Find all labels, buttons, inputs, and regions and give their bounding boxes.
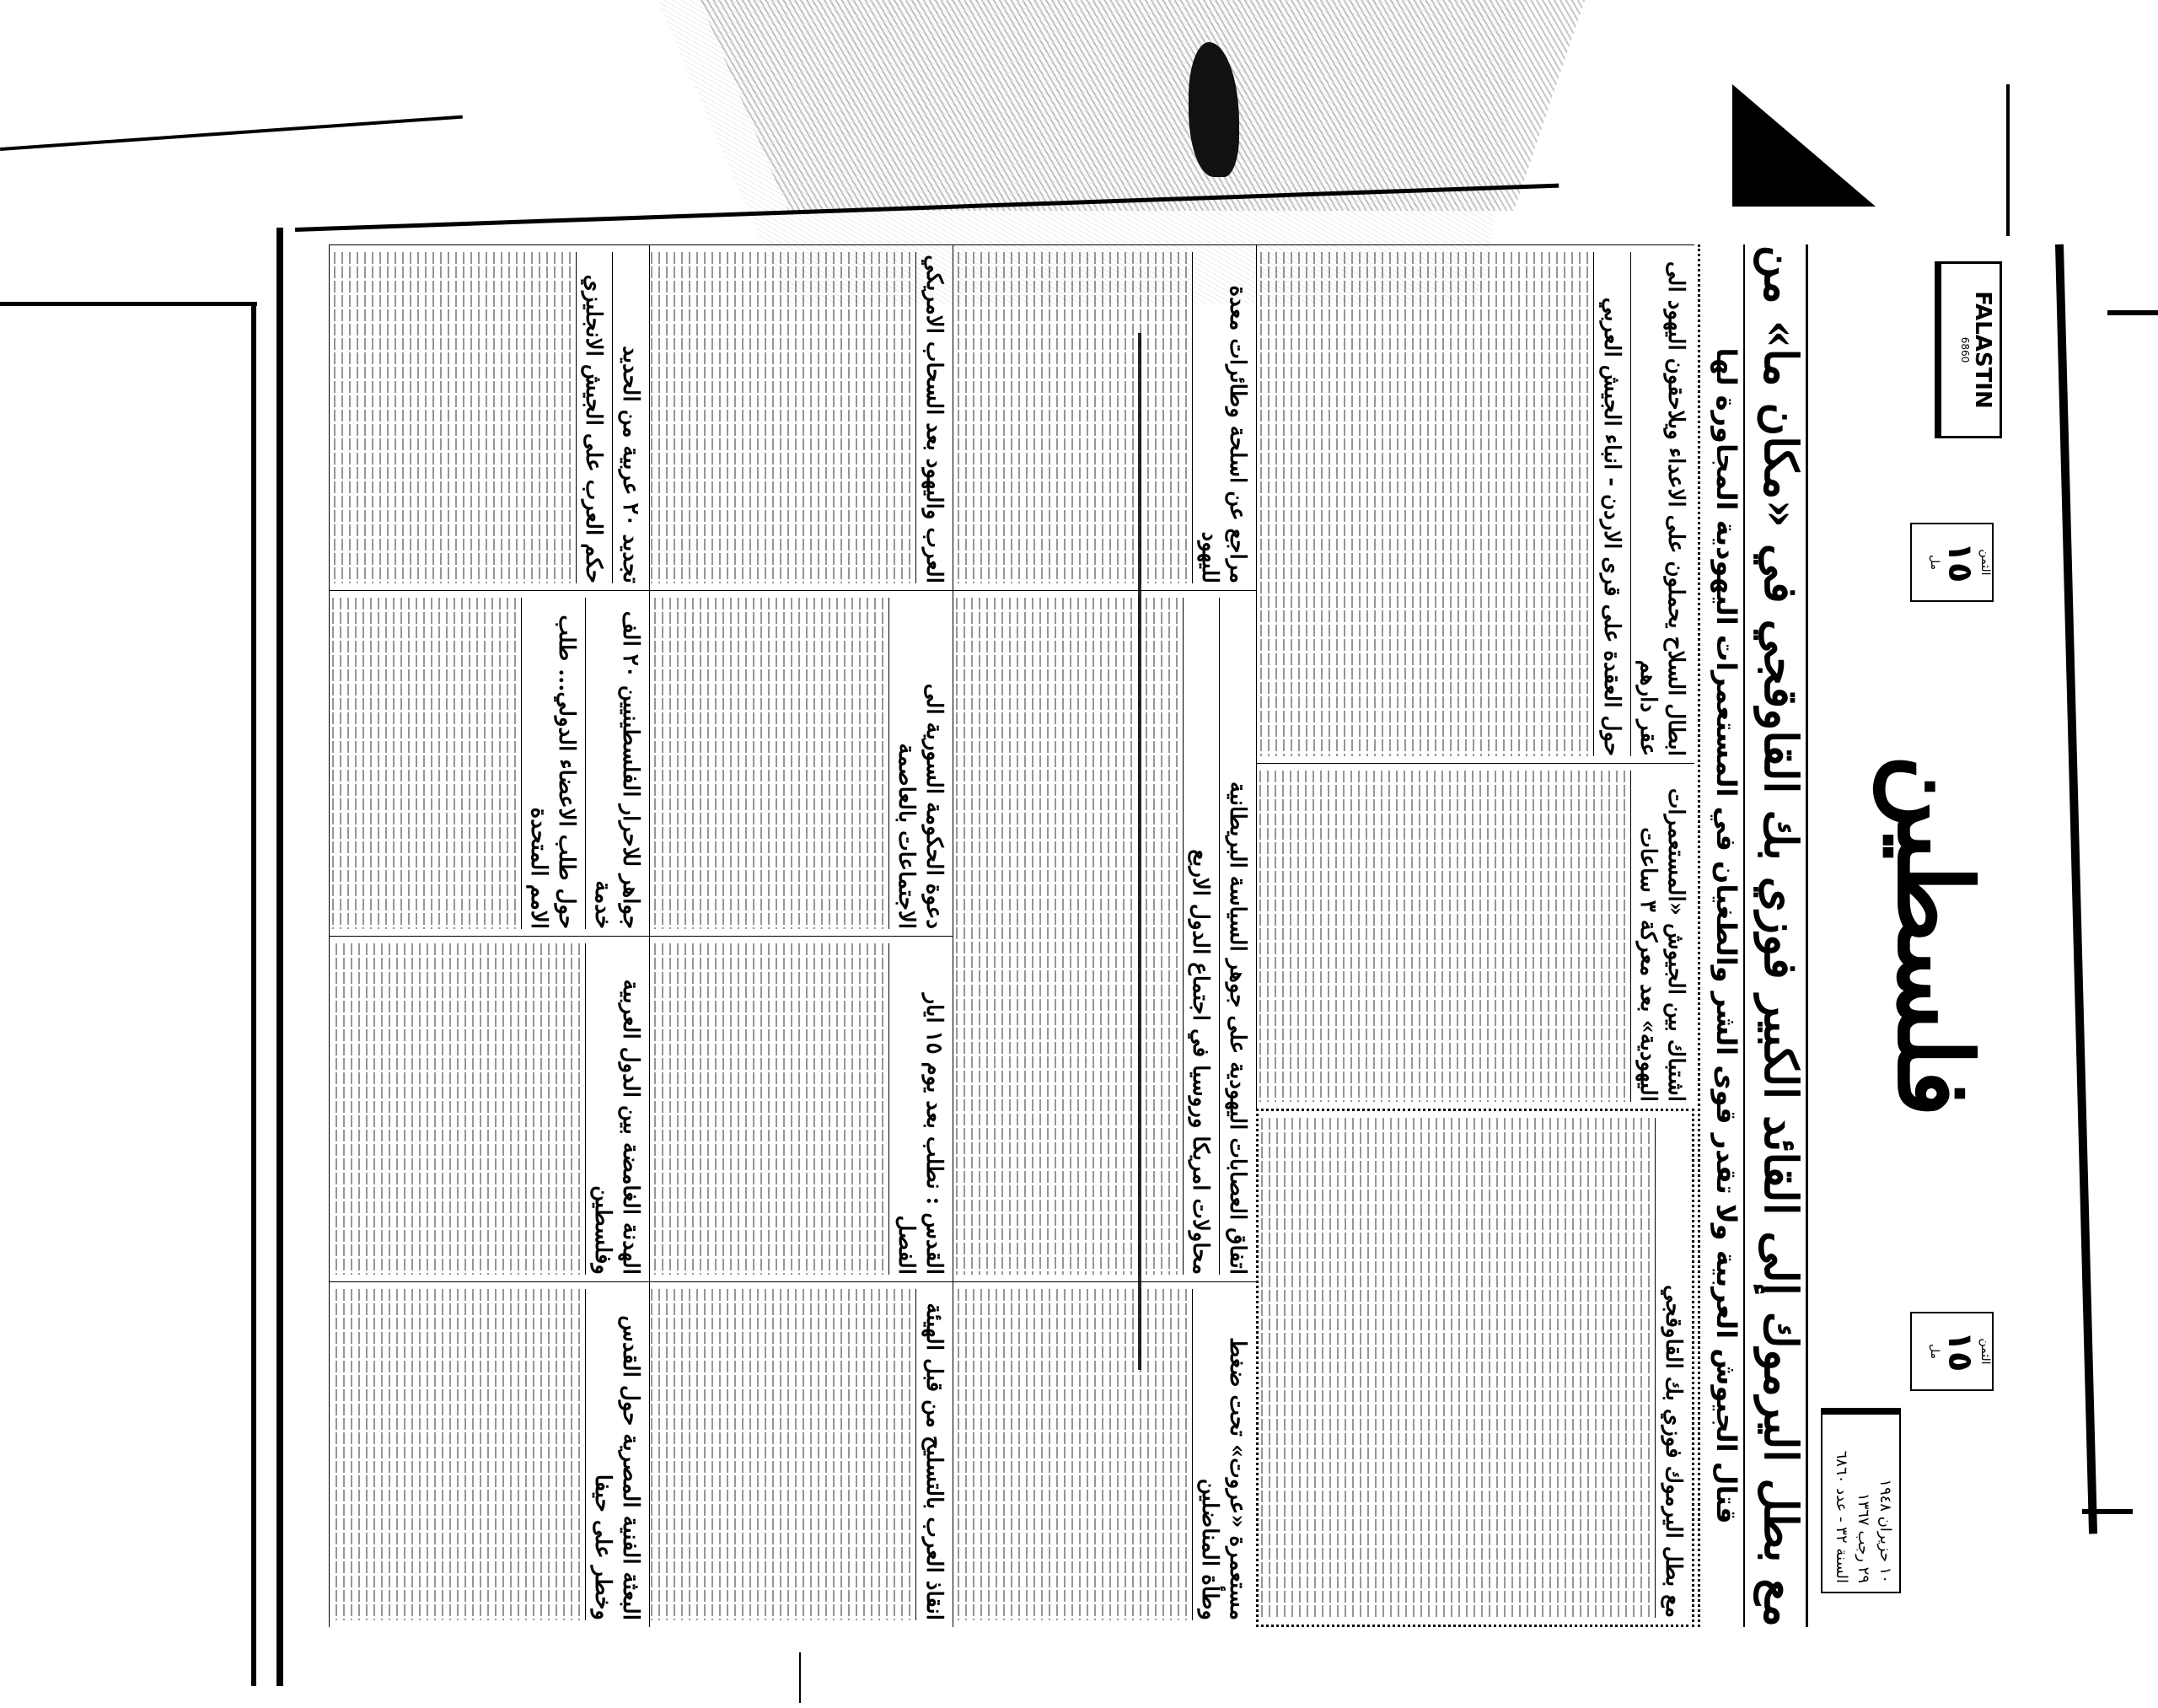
story: جواهر للاحرار الفلسطينيين ٢٠ الف خدمة حو… [329, 590, 649, 936]
story: دعوة الحكومة السورية الى الاجتماعات بالع… [649, 590, 953, 936]
story-headline: تجديد ٢٠ عربية من الحديد [613, 252, 645, 583]
date-gregorian: ١٠ حزيران ١٩٤٨ [1874, 1423, 1896, 1583]
frame-line-left-outer [0, 302, 257, 306]
story-grid: مع بطل اليرموك فوزي بك القاوقجي اشتباك ب… [333, 244, 1694, 1627]
frame-line-right-vertical [2055, 244, 2097, 1534]
story-headline: دعوة الحكومة السورية الى الاجتماعات بالع… [888, 598, 947, 929]
story-headline: مستعمرة «عروت» تحت ضغط وطأة المناضلين [1192, 1289, 1251, 1620]
price-value: ١٥ [1941, 524, 1978, 600]
story-headline: حكم العرب على الجيش الانجليزي [576, 252, 608, 583]
story-body-text [329, 943, 580, 1275]
story-body-text [953, 1289, 1187, 1620]
story-body-text [649, 252, 911, 583]
masthead: ١٠ حزيران ١٩٤٨ ٢٩ رجب ١٣٦٧ السنة ٣٢ - عد… [1806, 244, 2019, 1627]
story-body-text [953, 598, 1178, 1275]
page-fold-crease [1138, 333, 1141, 1370]
story-body-text [1256, 252, 1589, 756]
frame-line-top-left [0, 115, 463, 151]
story-body-text [649, 1289, 911, 1620]
price-box-right: الثمن ١٥ مل [1910, 1312, 1994, 1391]
black-wedge-artifact [1732, 84, 1876, 207]
story-body-text [649, 598, 883, 929]
latin-title: FALASTIN [1970, 291, 1995, 408]
frame-line-left-vertical [251, 303, 256, 1686]
story-headline: انقاذ العرب بالتسليح من قبل الهيئة [916, 1289, 948, 1620]
story-body-text [953, 252, 1187, 583]
price-unit: مل [1928, 555, 1941, 570]
story-body-text [1256, 771, 1625, 1102]
story: انقاذ العرب بالتسليح من قبل الهيئة [649, 1281, 953, 1627]
story: مراجع عن اسلحة وطائرات معدة لليهود [953, 244, 1256, 590]
story-body-text [649, 943, 883, 1275]
story: ابطال السلاح يحملون على الاعداء ويلاحقون… [1256, 244, 1694, 763]
main-headline: مع بطل اليرموك إلى القائد الكبير فوزي بك… [1743, 244, 1808, 1627]
story-headline: الهدنة الغامضة بين الدول العربية وفلسطين [585, 943, 644, 1275]
date-box: ١٠ حزيران ١٩٤٨ ٢٩ رجب ١٣٦٧ السنة ٣٢ - عد… [1821, 1408, 1901, 1593]
story-body-text [329, 598, 516, 929]
newspaper-title: فلسطين [1875, 755, 1994, 1117]
story-headline: مع بطل اليرموك فوزي بك القاوقجي [1656, 1118, 1688, 1618]
story-headline: البعثة الفنية المصرية حول القدس وخطر على… [585, 1289, 644, 1620]
bottom-tear-mark [799, 1652, 801, 1703]
scan-halftone-area [700, 0, 1585, 211]
latin-title-box: FALASTIN 6860 [1935, 261, 2002, 438]
sub-headline: قتال الجيوش العربية ولا تقدر قوى الشر وا… [1698, 244, 1742, 1627]
story-headline: حول طلب الاعضاء الدولي... طلب الامم المت… [521, 598, 580, 929]
story-headline: محاولات امريكا وروسيا في اجتماع الدول ال… [1183, 598, 1215, 1275]
story-headline: القدس : نطلب بعد يوم ١٥ ايار الفصل [888, 943, 947, 1275]
frame-line-right-bottom [2082, 1509, 2133, 1514]
date-hijri: ٢٩ رجب ١٣٦٧ [1852, 1423, 1874, 1583]
story-headline: جواهر للاحرار الفلسطينيين ٢٠ الف خدمة [585, 598, 644, 929]
story: تجديد ٢٠ عربية من الحديد حكم العرب على ا… [329, 244, 649, 590]
newspaper-page: ١٠ حزيران ١٩٤٨ ٢٩ رجب ١٣٦٧ السنة ٣٢ - عد… [333, 244, 2019, 1627]
story-headline: ابطال السلاح يحملون على الاعداء ويلاحقون… [1630, 252, 1689, 756]
price-value: ١٥ [1941, 1313, 1978, 1389]
newspaper-scan: ١٠ حزيران ١٩٤٨ ٢٩ رجب ١٣٦٧ السنة ٣٢ - عد… [308, 244, 2019, 1652]
frame-line-right-vertical-2 [2006, 84, 2010, 236]
latin-box-number: 6860 [1959, 264, 1970, 436]
price-label: الثمن [1978, 549, 1992, 575]
story-boxed-interview: مع بطل اليرموك فوزي بك القاوقجي [1256, 1109, 1694, 1627]
story-headline: مراجع عن اسلحة وطائرات معدة لليهود [1192, 252, 1251, 583]
story: اشتباك بين الجيوش «المستعمرات اليهودية» … [1256, 763, 1694, 1109]
story: الهدنة الغامضة بين الدول العربية وفلسطين [329, 936, 649, 1281]
price-label: الثمن [1978, 1338, 1992, 1364]
price-box-left: الثمن ١٥ مل [1910, 523, 1994, 602]
story-headline: العرب واليهود بعد السحاب الامريكي [916, 252, 948, 583]
price-unit: مل [1928, 1344, 1941, 1359]
story: البعثة الفنية المصرية حول القدس وخطر على… [329, 1281, 649, 1627]
story-body-text [1256, 1118, 1651, 1618]
story-headline: حول العقدة على قرى الاردن - انباء الجيش … [1594, 252, 1626, 756]
story-headline: اتفاق العصابات اليهودية على جوهر السياسة… [1220, 598, 1252, 1275]
story-body-text [329, 1289, 580, 1620]
frame-line-left-inner [276, 228, 283, 1686]
story: العرب واليهود بعد السحاب الامريكي [649, 244, 953, 590]
story: القدس : نطلب بعد يوم ١٥ ايار الفصل [649, 936, 953, 1281]
frame-line-right-corner [2107, 310, 2158, 315]
issue-number: السنة ٣٢ - عدد ٦٨٦٠ [1830, 1423, 1852, 1583]
story-headline: اشتباك بين الجيوش «المستعمرات اليهودية» … [1630, 771, 1689, 1102]
story: مستعمرة «عروت» تحت ضغط وطأة المناضلين [953, 1281, 1256, 1627]
story-body-text [329, 252, 571, 583]
story: اتفاق العصابات اليهودية على جوهر السياسة… [953, 590, 1256, 1281]
